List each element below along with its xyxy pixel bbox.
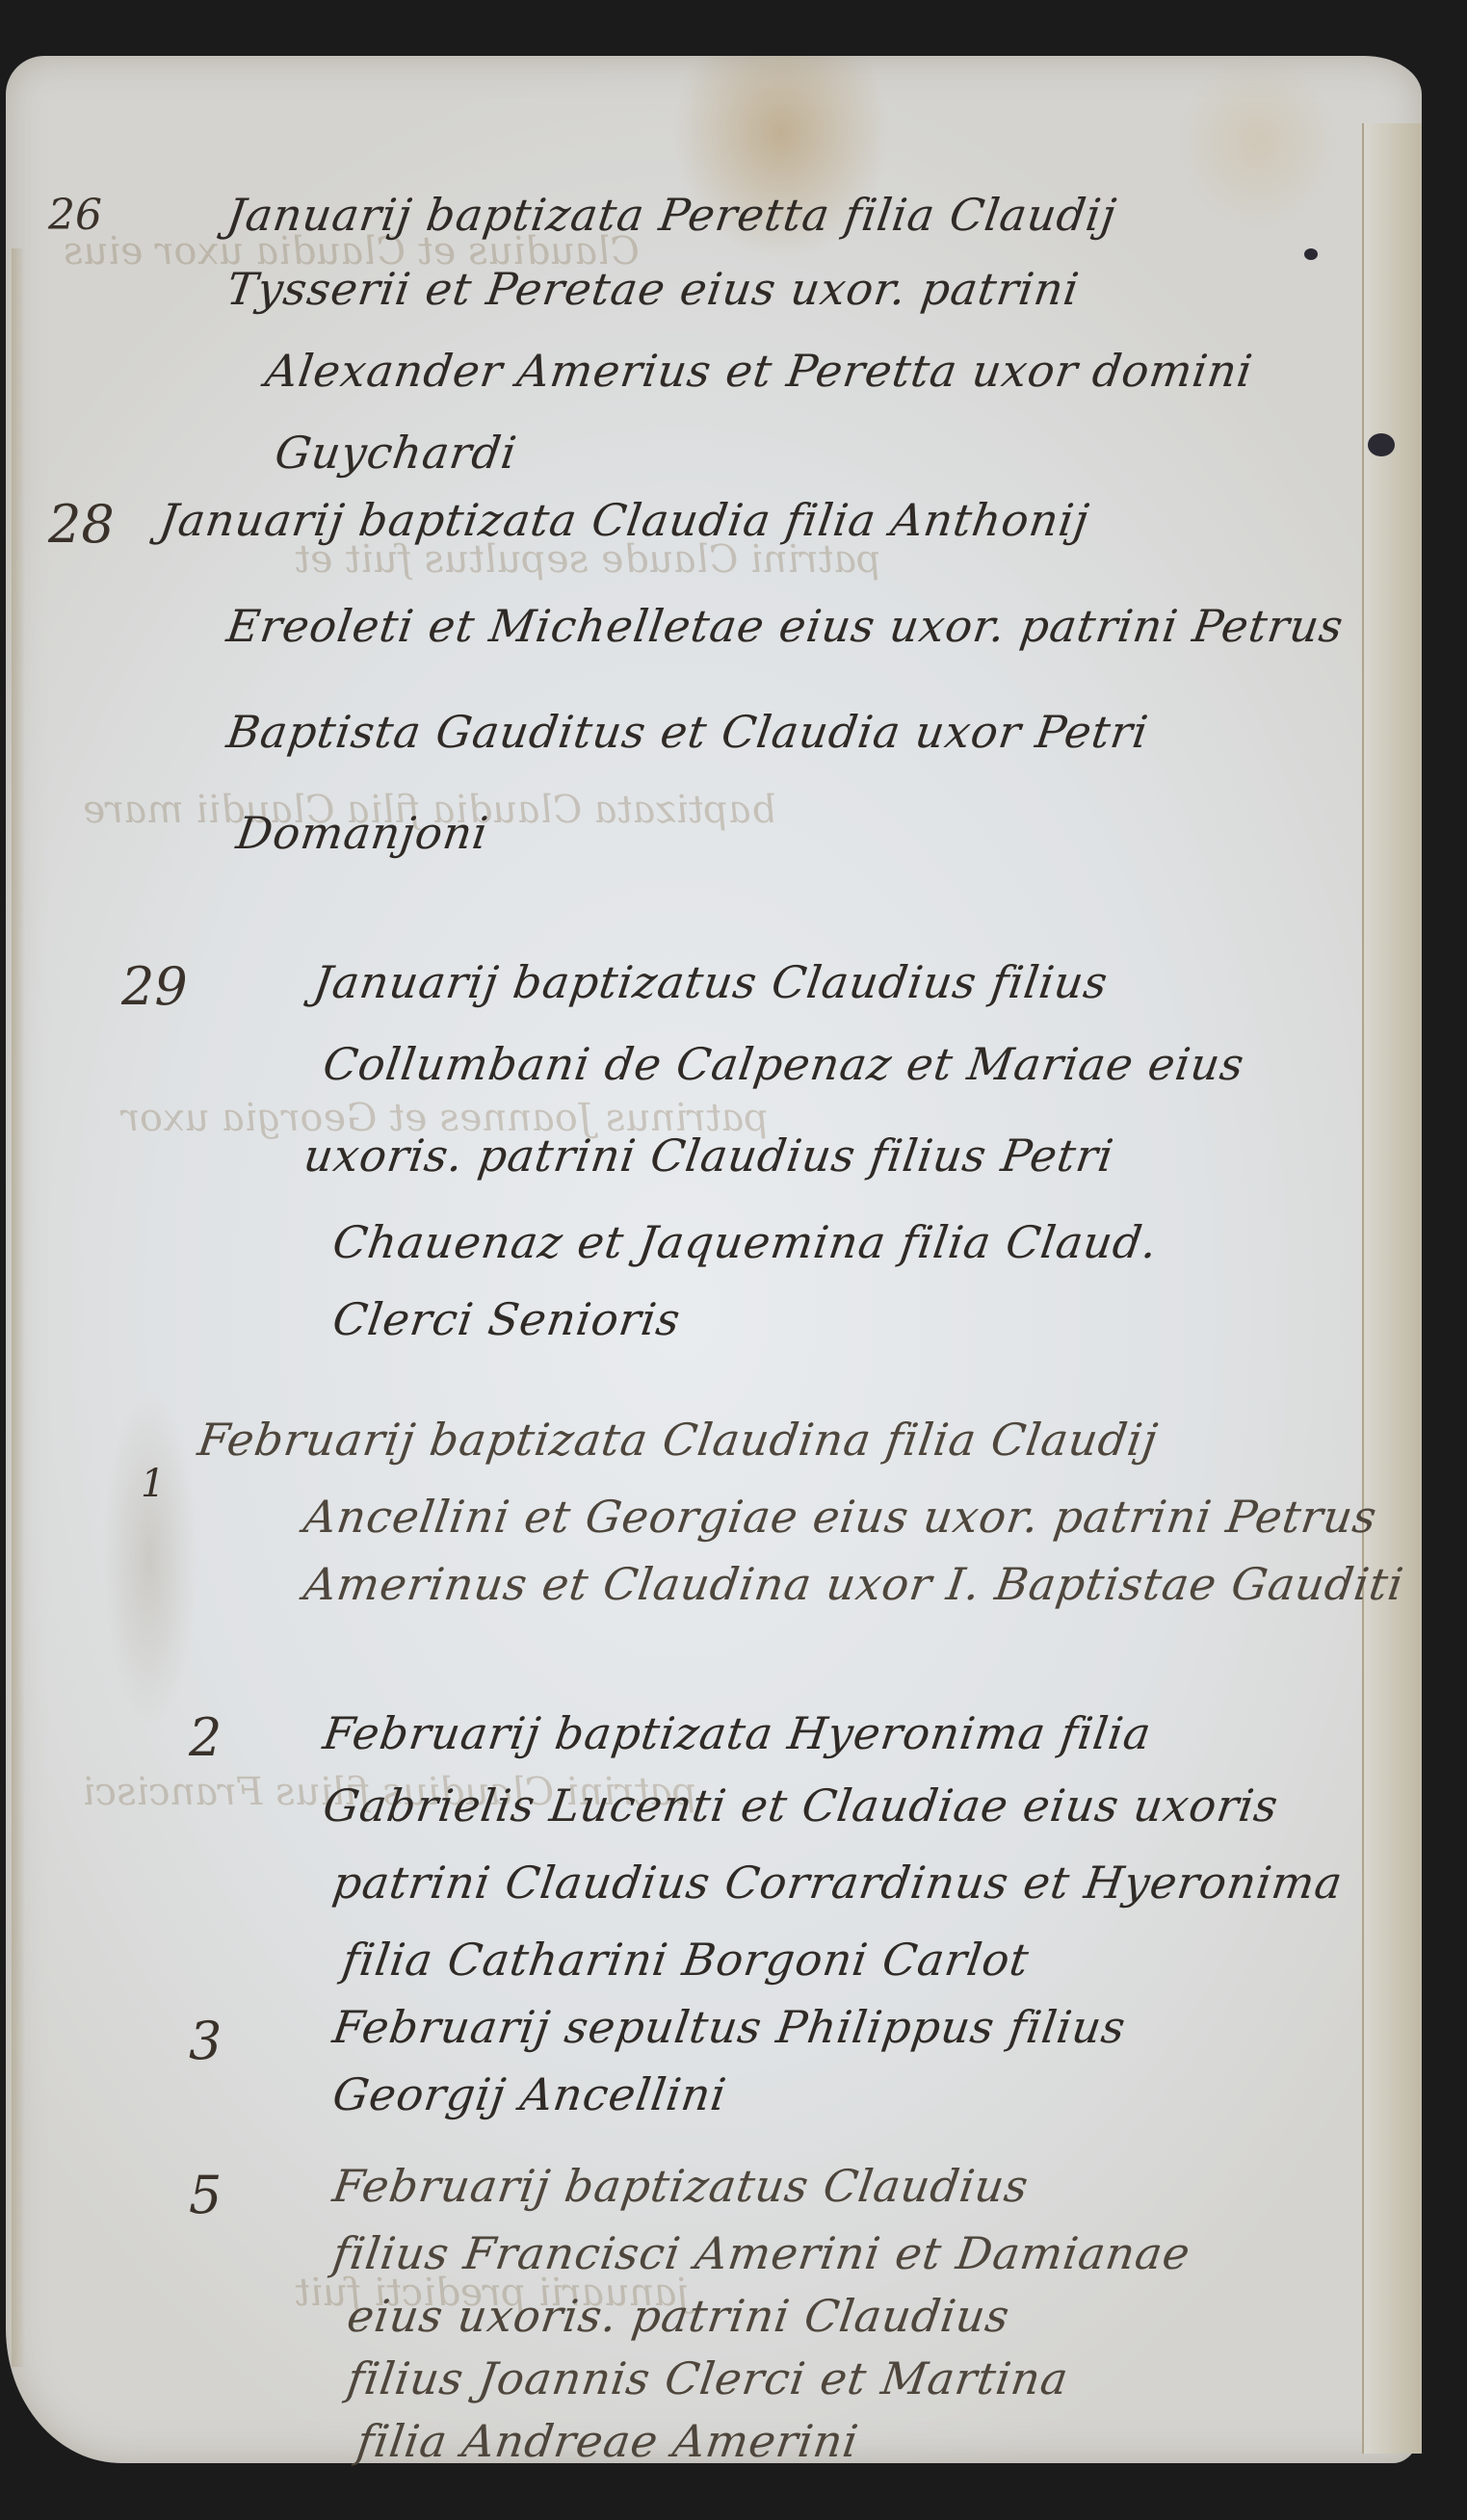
entry-line: patrini Claudius Corrardinus et Hyeronim… [329, 1857, 1346, 1909]
entry-day: 2 [189, 1707, 222, 1768]
ink-blot [1368, 433, 1395, 456]
entry-line: Januarij baptizata Peretta filia Claudij [223, 189, 1119, 241]
page-edge-stack [1362, 123, 1422, 2454]
entry-line: Chauenaz et Jaquemina filia Claud. [329, 1216, 1161, 1268]
entry-line: Collumbani de Calpenaz et Mariae eius [320, 1038, 1247, 1090]
entry-line: Februarij sepultus Philippus filius [329, 2001, 1129, 2053]
entry-line: Ereoleti et Michelletae eius uxor. patri… [223, 600, 1347, 652]
entry-line: Georgij Ancellini [329, 2068, 730, 2120]
entry-line: Amerinus et Claudina uxor I. Baptistae G… [301, 1558, 1407, 1610]
entry-line: filia Andreae Amerini [354, 2415, 862, 2467]
entry-line: Tysserii et Peretae eius uxor. patrini [223, 263, 1083, 315]
entry-line: Januarij baptizata Claudia filia Anthoni… [156, 494, 1092, 546]
scanned-manuscript: Claudius et Claudia uxor eius patrini Cl… [0, 0, 1467, 2520]
entry-line: eius uxoris. patrini Claudius [344, 2290, 1013, 2342]
entry-line: filius Francisci Amerini et Damianae [329, 2227, 1193, 2279]
entry-day: 28 [48, 494, 115, 555]
entry-line: Guychardi [272, 427, 520, 479]
entry-day: 3 [189, 2011, 222, 2071]
entry-line: filia Catharini Borgoni Carlot [339, 1934, 1033, 1986]
entry-line: Gabrielis Lucenti et Claudiae eius uxori… [320, 1780, 1281, 1832]
entry-line: Januarij baptizatus Claudius filius [310, 956, 1112, 1008]
entry-day: 1 [141, 1462, 165, 1506]
entry-day: 29 [121, 956, 188, 1017]
entry-line: Domanjoni [233, 807, 491, 859]
entry-line: Februarij baptizatus Claudius [329, 2160, 1032, 2212]
entry-day: 26 [48, 191, 102, 240]
entry-line: uxoris. patrini Claudius filius Petri [301, 1130, 1117, 1182]
ink-blot [1304, 248, 1318, 260]
entry-day: 5 [189, 2165, 222, 2225]
entry-line: Clerci Senioris [329, 1293, 684, 1345]
entry-line: Ancellini et Georgiae eius uxor. patrini… [301, 1491, 1380, 1543]
page-gutter-shadow [12, 248, 25, 2367]
entry-line: filius Joannis Clerci et Martina [344, 2352, 1072, 2404]
entry-line: Februarij baptizata Claudina filia Claud… [195, 1414, 1161, 1466]
manuscript-page: Claudius et Claudia uxor eius patrini Cl… [6, 56, 1422, 2463]
entry-line: Februarij baptizata Hyeronima filia [320, 1707, 1155, 1759]
entry-line: Alexander Amerius et Peretta uxor domini [262, 345, 1256, 397]
entry-line: Baptista Gauditus et Claudia uxor Petri [223, 706, 1152, 758]
